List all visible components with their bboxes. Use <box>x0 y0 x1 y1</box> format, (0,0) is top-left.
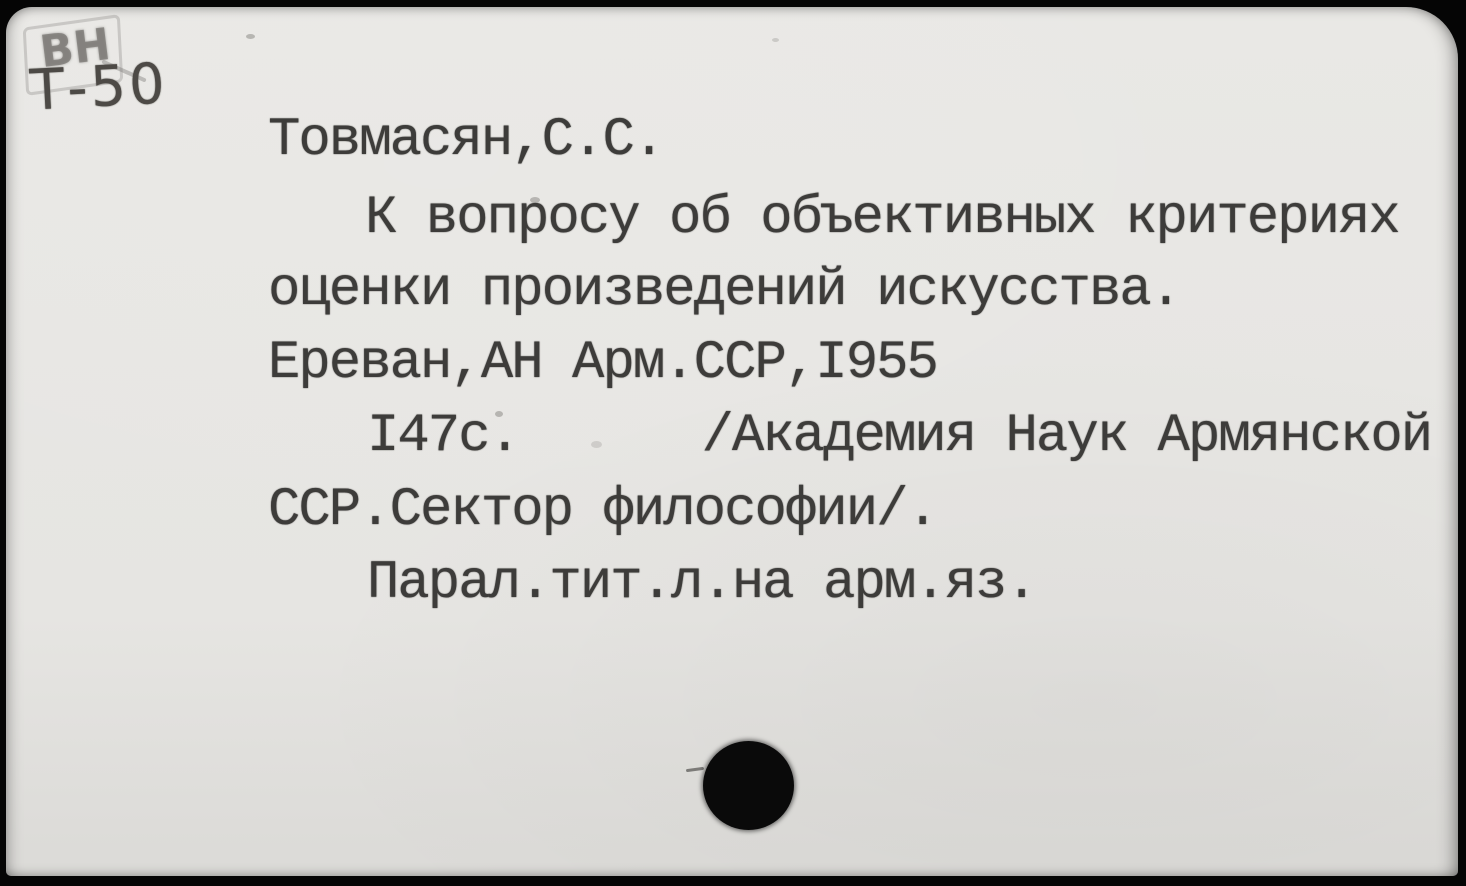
series-continuation-line: ССР.Сектор философии/. <box>268 484 937 538</box>
parallel-title-note-line: Парал.тит.л.на арм.яз. <box>367 557 1036 611</box>
hole-punch-tail-mark <box>686 767 704 772</box>
imprint-line: Ереван,АН Арм.ССР,I955 <box>268 337 937 391</box>
collation-series-line: I47с. /Академия Наук Армянской <box>367 410 1431 464</box>
paper-speck <box>495 411 503 417</box>
paper-speck <box>591 441 602 448</box>
author-line: Товмасян,С.С. <box>268 114 663 168</box>
handwritten-classmark-bottom: Т-50 <box>28 51 169 123</box>
paper-speck <box>772 38 779 42</box>
catalog-card: ВН Т-50 Товмасян,С.С. К вопросу об объек… <box>6 7 1458 876</box>
paper-speck <box>530 197 540 203</box>
title-line-1: К вопросу об объективных критериях <box>365 192 1399 246</box>
hole-punch-dot <box>703 741 794 830</box>
title-line-2: оценки произведений искусства. <box>268 264 1180 318</box>
paper-speck <box>246 34 255 39</box>
